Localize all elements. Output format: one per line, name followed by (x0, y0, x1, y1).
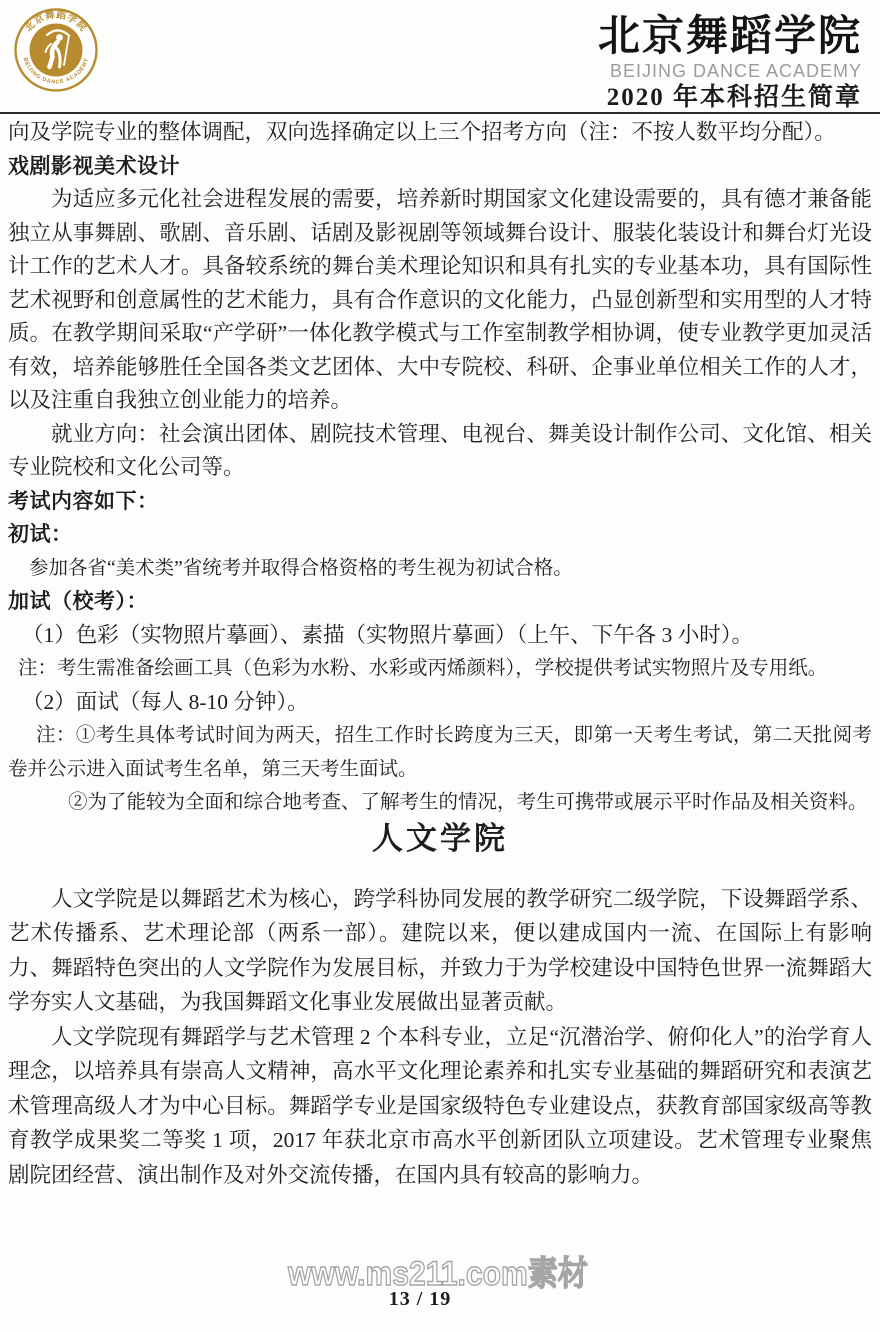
stage-art-intro-paragraph: 为适应多元化社会进程发展的需要，培养新时期国家文化建设需要的，具有德才兼备能独立… (8, 183, 872, 418)
academy-name-cn: 北京舞蹈学院 (598, 14, 862, 60)
exam-note-1: 注：考生需准备绘画工具（色彩为水粉、水彩或丙烯颜料），学校提供考试实物照片及专用… (8, 652, 872, 686)
humanities-paragraph-1: 人文学院是以舞蹈艺术为核心，跨学科协同发展的教学研究二级学院，下设舞蹈学系、艺术… (8, 882, 872, 1020)
employment-direction-paragraph: 就业方向：社会演出团体、剧院技术管理、电视台、舞美设计制作公司、文化馆、相关专业… (8, 418, 872, 485)
page-number: 13 / 19 (0, 1288, 840, 1311)
heading-exam-content: 考试内容如下： (8, 485, 872, 519)
bda-seal-logo: 北京舞蹈学院 BEIJING DANCE ACADEMY (14, 8, 98, 92)
intro-continuation-line: 向及学院专业的整体调配，双向选择确定以上三个招考方向（注：不按人数平均分配）。 (8, 116, 872, 150)
exam-item-2: （2）面试（每人 8-10 分钟）。 (8, 686, 872, 720)
document-body: 向及学院专业的整体调配，双向选择确定以上三个招考方向（注：不按人数平均分配）。 … (8, 116, 872, 1192)
humanities-paragraph-2: 人文学院现有舞蹈学与艺术管理 2 个本科专业，立足“沉潜治学、俯仰化人”的治学育… (8, 1020, 872, 1193)
header-divider (0, 112, 880, 114)
exam-note-3: ②为了能较为全面和综合地考查、了解考生的情况，考生可携带或展示平时作品及相关资料… (8, 786, 872, 820)
exam-note-2: 注：①考生具体考试时间为两天，招生工作时长跨度为三天，即第一天考生考试，第二天批… (8, 719, 872, 786)
header-title-block: 北京舞蹈学院 BEIJING DANCE ACADEMY 2020 年本科招生简… (598, 14, 862, 111)
heading-stage-art-design: 戏剧影视美术设计 (8, 150, 872, 184)
academy-name-en: BEIJING DANCE ACADEMY (598, 61, 862, 81)
heading-school-of-humanities: 人文学院 (8, 820, 872, 857)
document-page: 北京舞蹈学院 BEIJING DANCE ACADEMY 北京舞蹈学院 BEIJ… (0, 0, 880, 1332)
first-test-text: 参加各省“美术类”省统考并取得合格资格的考生视为初试合格。 (8, 552, 872, 586)
brochure-subtitle: 2020 年本科招生简章 (598, 84, 862, 111)
exam-item-1: （1）色彩（实物照片摹画）、素描（实物照片摹画）（上午、下午各 3 小时）。 (8, 619, 872, 653)
heading-first-test: 初试： (8, 518, 872, 552)
heading-extra-test: 加试（校考）： (8, 585, 872, 619)
